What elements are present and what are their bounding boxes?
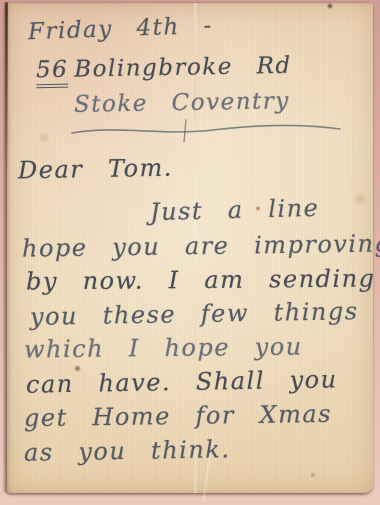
paper-crease-bottom xyxy=(202,433,214,503)
stain-spot xyxy=(352,193,368,205)
letter-paper xyxy=(7,3,373,493)
stain-spot xyxy=(37,133,51,143)
stain-spot xyxy=(74,365,81,372)
paper-crease-vertical xyxy=(194,3,197,493)
stain-spot xyxy=(255,206,261,211)
stain-spot xyxy=(310,472,316,478)
address-underline-flourish xyxy=(68,118,346,144)
letter-photograph: Friday 4th - 56Bolingbroke Rd Stoke Cove… xyxy=(0,0,380,505)
paper-edge-shadow xyxy=(5,2,8,182)
